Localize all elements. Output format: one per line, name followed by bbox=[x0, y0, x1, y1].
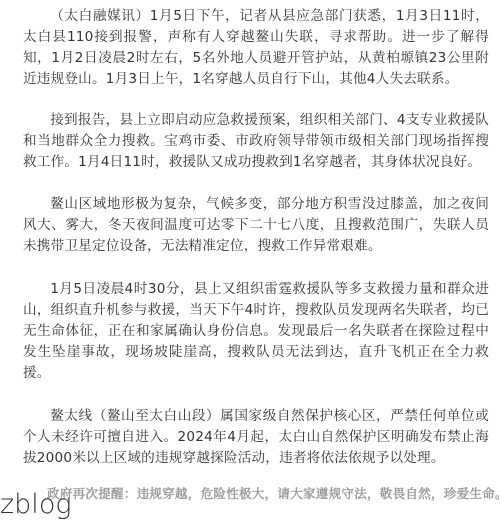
paragraph-regulations: 鳌太线（鳌山至太白山段）属国家级自然保护核心区，严禁任何单位或个人未经许可擅自进… bbox=[23, 406, 489, 469]
watermark-logo: zblog bbox=[0, 490, 72, 520]
paragraph-rescue-response: 接到报告，县上立即启动应急救援预案，组织相关部门、4支专业救援队和当地群众全力搜… bbox=[23, 110, 489, 173]
paragraph-terrain-conditions: 鳌山区域地形极为复杂，气候多变，部分地方积雪没过膝盖，加之夜间风大、雾大，冬天夜… bbox=[23, 194, 489, 257]
paragraph-search-results: 1月5日凌晨4时30分，县上又组织雷霆救援队等多支救援力量和群众进山，组织直升机… bbox=[23, 279, 489, 384]
government-reminder: 政府再次提醒：违规穿越，危险性极大，请大家遵规守法，敬畏自然，珍爱生命。 bbox=[47, 484, 500, 502]
paragraph-incident-report: （太白融媒讯）1月5日下午，记者从县应急部门获悉，1月3日11时，太白县110接… bbox=[23, 6, 489, 90]
news-article: （太白融媒讯）1月5日下午，记者从县应急部门获悉，1月3日11时，太白县110接… bbox=[23, 6, 489, 491]
